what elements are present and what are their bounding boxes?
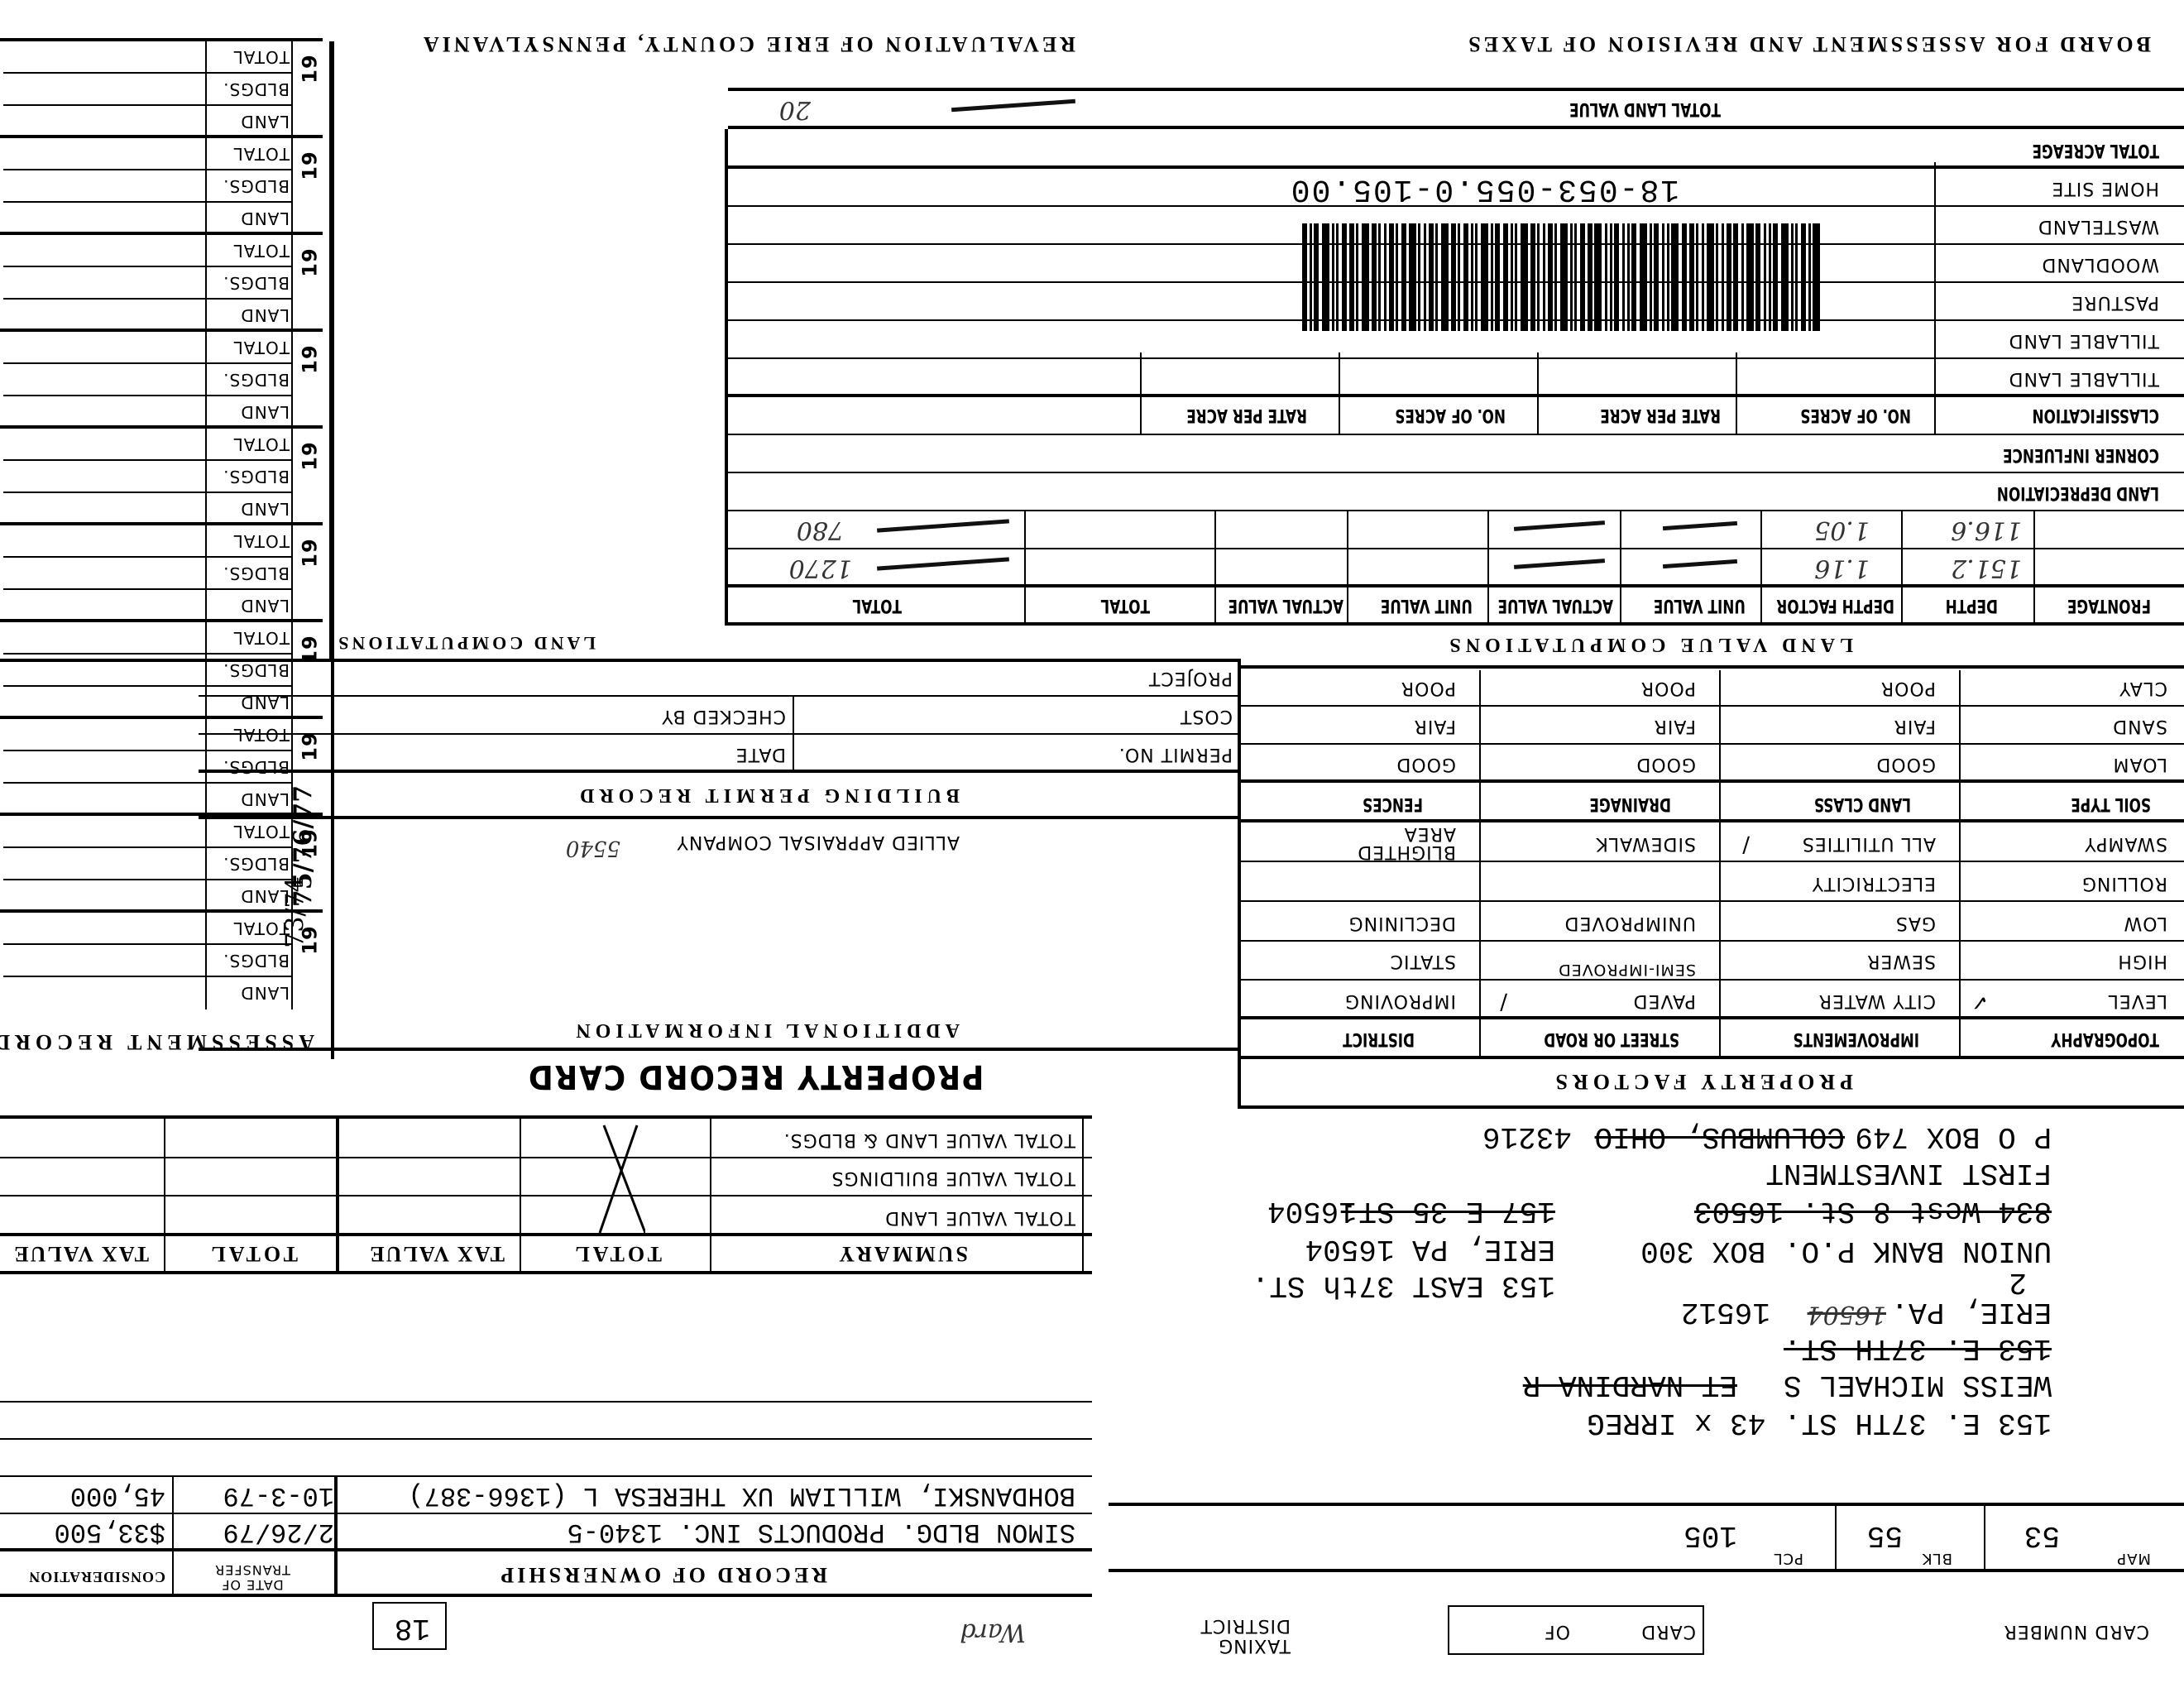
topo-level[interactable]: LEVEL <box>2108 990 2167 1011</box>
assessment-row-land: LAND <box>240 112 290 132</box>
parcel-barcode <box>1175 223 1820 331</box>
street-paved[interactable]: PAVED <box>1633 990 1696 1011</box>
card-of-box[interactable]: CARD OF <box>1448 1605 1704 1655</box>
acreage-tillable-2: TILLABLE LAND <box>2009 330 2159 351</box>
building-permit-title: BUILDING PERMIT RECORD <box>575 784 960 806</box>
barcode-bar <box>1409 223 1416 331</box>
property-record-card: CARD NUMBER CARD OF TAXING DISTRICT Ward… <box>0 0 2184 1688</box>
acreage-pasture: PASTURE <box>2071 292 2159 313</box>
lv-row2-total: 780 <box>797 516 844 544</box>
district-static[interactable]: STATIC <box>1390 951 1456 971</box>
lv-col-unit-value-2: UNIT VALUE <box>1381 595 1473 616</box>
assessment-year-prefix: 19 <box>298 828 321 857</box>
lv-col-frontage: FRONTAGE <box>2067 595 2151 616</box>
barcode-bar <box>1733 223 1738 331</box>
assessment-year-prefix: 19 <box>298 635 321 664</box>
barcode-bar <box>1594 223 1602 331</box>
barcode-bar <box>1389 223 1394 331</box>
barcode-bar <box>1769 223 1771 331</box>
fences-good[interactable]: GOOD <box>1396 754 1456 774</box>
header-right-title: BOARD FOR ASSESSMENT AND REVISION OF TAX… <box>1465 31 2151 56</box>
summary-row-land: TOTAL VALUE LAND <box>884 1207 1075 1228</box>
barcode-bar <box>1349 223 1354 331</box>
barcode-bar <box>1515 223 1517 331</box>
lv-col-unit-value: UNIT VALUE <box>1654 595 1746 616</box>
handwritten-note: 5540 <box>566 836 620 861</box>
barcode-bar <box>1741 223 1744 331</box>
acreage-col-rate-2: RATE PER ACRE <box>1186 405 1307 425</box>
assessment-row-total: TOTAL <box>233 338 290 357</box>
barcode-bar <box>1471 223 1473 331</box>
permit-checked-by-label: CHECKED BY <box>661 706 786 727</box>
assessment-row-total: TOTAL <box>233 434 290 454</box>
blk-label: BLK <box>1922 1550 1952 1567</box>
drainage-good[interactable]: GOOD <box>1636 754 1696 774</box>
acreage-wasteland: WASTELAND <box>2038 216 2159 237</box>
barcode-bar <box>1530 223 1535 331</box>
assessment-year-prefix: 19 <box>298 925 321 954</box>
summary-total-header-2: TOTAL <box>208 1241 298 1266</box>
corner-influence-label: CORNER INFLUENCE <box>2003 444 2159 465</box>
lv-col-total: TOTAL <box>1100 595 1150 616</box>
barcode-bar <box>1511 223 1513 331</box>
classification-label: CLASSIFICATION <box>2032 405 2159 425</box>
barcode-bar <box>1435 223 1438 331</box>
topo-high[interactable]: HIGH <box>2117 951 2167 971</box>
assessment-row-land: LAND <box>240 886 290 906</box>
land-value-computations-title: LAND VALUE COMPUTATIONS <box>1444 633 1853 655</box>
assessment-title: ASSESSMENT RECORD <box>0 1029 314 1054</box>
assessment-row-bldgs: BLDGS. <box>223 370 290 390</box>
property-record-card-title: PROPERTY RECORD CARD <box>527 1057 984 1096</box>
assessment-row-total: TOTAL <box>233 144 290 164</box>
impr-city-water[interactable]: CITY WATER <box>1818 990 1936 1011</box>
barcode-bar <box>1560 223 1568 331</box>
barcode-bar <box>1746 223 1754 331</box>
acreage-woodland: WOODLAND <box>2041 254 2159 275</box>
header-left-title: REVALUATION OF ERIE COUNTY, PENNSYLVANIA <box>420 31 1075 56</box>
barcode-bar <box>1707 223 1714 331</box>
barcode-bar <box>1491 223 1493 331</box>
lv-col-actual-value: ACTUAL VALUE <box>1497 595 1613 616</box>
barcode-bar <box>1682 223 1687 331</box>
barcode-bar <box>1662 223 1664 331</box>
land-class-fair[interactable]: FAIR <box>1894 716 1936 736</box>
assessment-year-prefix: 19 <box>298 247 321 276</box>
barcode-bar <box>1627 223 1630 331</box>
assessment-row-bldgs: BLDGS. <box>223 79 290 99</box>
assessment-year-prefix: 19 <box>298 731 321 760</box>
taxing-district-value: Ward <box>960 1618 1026 1647</box>
drainage-poor[interactable]: POOR <box>1640 678 1696 698</box>
barcode-bar <box>1689 223 1694 331</box>
barcode-bar <box>1314 223 1319 331</box>
assessment-row-land: LAND <box>240 789 290 809</box>
total-land-value: 20 <box>779 95 811 124</box>
assessment-row-bldgs: BLDGS. <box>223 563 290 583</box>
consideration-header: CONSIDERATION <box>28 1568 165 1585</box>
assessment-row-total: TOTAL <box>233 822 290 842</box>
barcode-bar <box>1791 223 1794 331</box>
barcode-bar <box>1588 223 1592 331</box>
soil-col-land-class: LAND CLASS <box>1814 794 1911 814</box>
district-declining[interactable]: DECLINING <box>1348 913 1456 933</box>
barcode-bar <box>1614 223 1619 331</box>
district-box: 18 <box>372 1602 447 1650</box>
barcode-bar <box>1332 223 1334 331</box>
street-sidewalk[interactable]: SIDEWALK <box>1595 833 1696 854</box>
land-depreciation-label: LAND DEPRECIATION <box>1997 482 2159 503</box>
barcode-bar <box>1322 223 1329 331</box>
assessment-row-bldgs: BLDGS. <box>223 757 290 777</box>
taxing-district-label: TAXING DISTRICT <box>1183 1615 1291 1655</box>
impr-all-utilities[interactable]: ALL UTILITIES <box>1802 833 1936 854</box>
barcode-bar <box>1781 223 1789 331</box>
soil-loam[interactable]: LOAM <box>2113 754 2167 774</box>
barcode-bar <box>1650 223 1652 331</box>
barcode-bar <box>1722 223 1724 331</box>
blk-value[interactable]: 55 <box>1867 1518 1903 1552</box>
summary-tax-value-header-2: TAX VALUE <box>12 1241 149 1266</box>
assessment-row-bldgs: BLDGS. <box>223 467 290 487</box>
barcode-bar <box>1727 223 1731 331</box>
owner-row-2-consideration: 45,000 <box>70 1480 165 1511</box>
barcode-bar <box>1671 223 1679 331</box>
barcode-bar <box>1356 223 1358 331</box>
topo-swampy[interactable]: SWAMPY <box>2084 833 2167 854</box>
barcode-bar <box>1631 223 1636 331</box>
owner-row-2: BOHDANSKI, WILLIAM UX THERESA L (1366-38… <box>408 1480 1075 1511</box>
barcode-bar <box>1622 223 1625 331</box>
soil-sand[interactable]: SAND <box>2112 716 2167 736</box>
soil-col-soil-type: SOIL TYPE <box>2071 794 2151 814</box>
appraiser-name: ALLIED APPRAISAL COMPANY <box>676 832 960 852</box>
pcl-value[interactable]: 105 <box>1683 1518 1737 1552</box>
barcode-bar <box>1696 223 1698 331</box>
assessment-row-total: TOTAL <box>233 47 290 67</box>
barcode-bar <box>1463 223 1468 331</box>
soil-clay[interactable]: CLAY <box>2119 678 2167 698</box>
acreage-home-site: HOME SITE <box>2051 178 2159 199</box>
barcode-bar <box>1795 223 1798 331</box>
assessment-row-bldgs: BLDGS. <box>223 273 290 293</box>
assessment-year-prefix: 19 <box>298 151 321 180</box>
assessment-row-total: TOTAL <box>233 531 290 551</box>
assessment-row-bldgs: BLDGS. <box>223 176 290 196</box>
barcode-bar <box>1580 223 1585 331</box>
street-unimproved[interactable]: UNIMPROVED <box>1564 913 1696 933</box>
land-class-poor[interactable]: POOR <box>1880 678 1936 698</box>
barcode-bar <box>1342 223 1347 331</box>
x-mark-icon <box>579 1121 645 1233</box>
lv-row1-depth-factor: 1.16 <box>1814 554 1870 583</box>
barcode-bar <box>1702 223 1704 331</box>
pf-col-improvements: IMPROVEMENTS <box>1793 1029 1919 1049</box>
map-label: MAP <box>2116 1550 2151 1567</box>
assessment-row-bldgs: BLDGS. <box>223 951 290 971</box>
barcode-bar <box>1372 223 1377 331</box>
impr-gas[interactable]: GAS <box>1895 913 1936 933</box>
permit-cost-label: COST <box>1180 706 1233 727</box>
barcode-bar <box>1401 223 1406 331</box>
summary-tax-value-header: TAX VALUE <box>368 1241 505 1266</box>
barcode-bar <box>1548 223 1553 331</box>
barcode-bar <box>1429 223 1434 331</box>
barcode-bar <box>1336 223 1339 331</box>
district-blighted-area[interactable]: BLIGHTED AREA <box>1340 824 1456 861</box>
permit-date-label: DATE <box>735 744 786 765</box>
lv-row2-depth: 116.6 <box>1951 516 2022 544</box>
fences-poor[interactable]: POOR <box>1401 678 1456 698</box>
total-land-value-label: TOTAL LAND VALUE <box>1569 98 1721 119</box>
lv-col-depth: DEPTH <box>1946 595 1998 616</box>
owner-row-1-consideration: $33,500 <box>55 1517 165 1547</box>
pf-col-district: DISTRICT <box>1343 1029 1415 1049</box>
acreage-col-no-acres-2: NO. OF ACRES <box>1395 405 1506 425</box>
lv-row2-depth-factor: 1.05 <box>1814 516 1870 544</box>
lv-col-total-2: TOTAL <box>852 595 902 616</box>
owner-row-1-date: 2/26/79 <box>223 1517 334 1547</box>
summary-title: SUMMARY <box>836 1241 968 1266</box>
property-factors-title: PROPERTY FACTORS <box>1551 1069 1853 1094</box>
barcode-bar <box>1362 223 1369 331</box>
soil-col-fences: FENCES <box>1363 794 1423 814</box>
land-class-good[interactable]: GOOD <box>1875 754 1936 774</box>
lv-col-actual-value-2: ACTUAL VALUE <box>1228 595 1343 616</box>
assessment-year-prefix: 19 <box>298 538 321 567</box>
district-improving[interactable]: IMPROVING <box>1344 990 1456 1011</box>
barcode-bar <box>1537 223 1540 331</box>
summary-row-buildings: TOTAL VALUE BUILDINGS <box>831 1168 1075 1188</box>
soil-col-drainage: DRAINAGE <box>1589 794 1671 814</box>
assessment-row-total: TOTAL <box>233 725 290 745</box>
street-semi-improved[interactable]: SEMI-IMPROVED <box>1530 961 1696 978</box>
barcode-bar <box>1716 223 1718 331</box>
assessment-row-land: LAND <box>240 693 290 712</box>
barcode-bar <box>1475 223 1478 331</box>
assessment-row-total: TOTAL <box>233 918 290 938</box>
assessment-row-total: TOTAL <box>233 628 290 648</box>
lv-col-depth-factor: DEPTH FACTOR <box>1776 595 1894 616</box>
barcode-bar <box>1396 223 1398 331</box>
barcode-bar <box>1503 223 1508 331</box>
assessment-row-land: LAND <box>240 499 290 519</box>
assessment-row-total: TOTAL <box>233 241 290 261</box>
assessment-row-land: LAND <box>240 305 290 325</box>
map-value[interactable]: 53 <box>2024 1518 2060 1552</box>
assessment-year-prefix: 19 <box>298 441 321 470</box>
assessment-row-land: LAND <box>240 596 290 616</box>
barcode-bar <box>1424 223 1426 331</box>
barcode-bar <box>1640 223 1647 331</box>
barcode-bar <box>1418 223 1420 331</box>
barcode-bar <box>1801 223 1806 331</box>
barcode-bar <box>1458 223 1460 331</box>
assessment-row-land: LAND <box>240 983 290 1003</box>
ownership-title: RECORD OF OWNERSHIP <box>497 1562 827 1587</box>
barcode-bar <box>1310 223 1312 331</box>
barcode-bar <box>1570 223 1573 331</box>
land-computations-label: LAND COMPUTATIONS <box>335 632 596 654</box>
barcode-bar <box>1764 223 1766 331</box>
date-of-transfer-header: DATE OF TRANSFER <box>182 1562 323 1592</box>
lv-row1-total: 1270 <box>789 554 852 583</box>
check-all-utilities-icon[interactable]: / <box>1742 832 1750 857</box>
pf-col-topography: TOPOGRAPHY <box>2051 1029 2159 1049</box>
owner-row-2-date: 10-3-79 <box>223 1480 334 1511</box>
barcode-bar <box>1378 223 1381 331</box>
acreage-col-rate: RATE PER ACRE <box>1600 405 1721 425</box>
barcode-bar <box>1521 223 1528 331</box>
barcode-bar <box>1554 223 1557 331</box>
barcode-bar <box>1384 223 1387 331</box>
pcl-label: PCL <box>1774 1550 1803 1567</box>
barcode-bar <box>1481 223 1488 331</box>
barcode-bar <box>1495 223 1500 331</box>
barcode-bar <box>1574 223 1577 331</box>
assessment-year-prefix: 19 <box>298 54 321 83</box>
additional-information-title: ADDITIONAL INFORMATION <box>571 1019 960 1041</box>
topo-low[interactable]: LOW <box>2123 913 2167 933</box>
barcode-bar <box>1605 223 1607 331</box>
assessment-row-bldgs: BLDGS. <box>223 854 290 874</box>
summary-row-total: TOTAL VALUE LAND & BLDGS. <box>783 1129 1075 1150</box>
assessment-row-land: LAND <box>240 402 290 422</box>
check-level-icon[interactable]: ✓ <box>1971 990 1989 1014</box>
permit-project-label: PROJECT <box>1148 668 1233 688</box>
barcode-bar <box>1773 223 1778 331</box>
barcode-bar <box>1654 223 1659 331</box>
barcode-bar <box>1813 223 1820 331</box>
barcode-bar <box>1451 223 1456 331</box>
barcode-bar <box>1755 223 1760 331</box>
lv-row1-depth: 151.2 <box>1951 554 2022 583</box>
fences-fair[interactable]: FAIR <box>1414 716 1456 736</box>
impr-electricity[interactable]: ELECTRICITY <box>1812 873 1936 894</box>
drainage-fair[interactable]: FAIR <box>1654 716 1696 736</box>
assessment-row-bldgs: BLDGS. <box>223 660 290 680</box>
acreage-total-label: TOTAL ACREAGE <box>2032 140 2159 161</box>
acreage-col-no-acres: NO. OF ACRES <box>1800 405 1911 425</box>
barcode-bar <box>1441 223 1449 331</box>
topo-rolling[interactable]: ROLLING <box>2081 873 2167 894</box>
barcode-bar <box>1610 223 1612 331</box>
barcode-bar <box>1302 223 1307 331</box>
check-paved-icon[interactable]: / <box>1500 990 1507 1014</box>
assessment-year-prefix: 19 <box>298 344 321 373</box>
owner-row-1: SIMON BLDG. PRODUCTS INC. 1340-5 <box>568 1517 1076 1547</box>
pf-col-street: STREET OR ROAD <box>1544 1029 1679 1049</box>
permit-no-label: PERMIT NO. <box>1118 744 1233 765</box>
summary-total-header: TOTAL <box>572 1241 662 1266</box>
assessment-row-land: LAND <box>240 209 290 228</box>
barcode-bar <box>1667 223 1669 331</box>
acreage-tillable-1: TILLABLE LAND <box>2009 368 2159 389</box>
barcode-text: 18-053-055.0-105.00 <box>1290 171 1679 207</box>
impr-sewer[interactable]: SEWER <box>1866 951 1936 971</box>
barcode-bar <box>1543 223 1545 331</box>
barcode-bar <box>1808 223 1811 331</box>
